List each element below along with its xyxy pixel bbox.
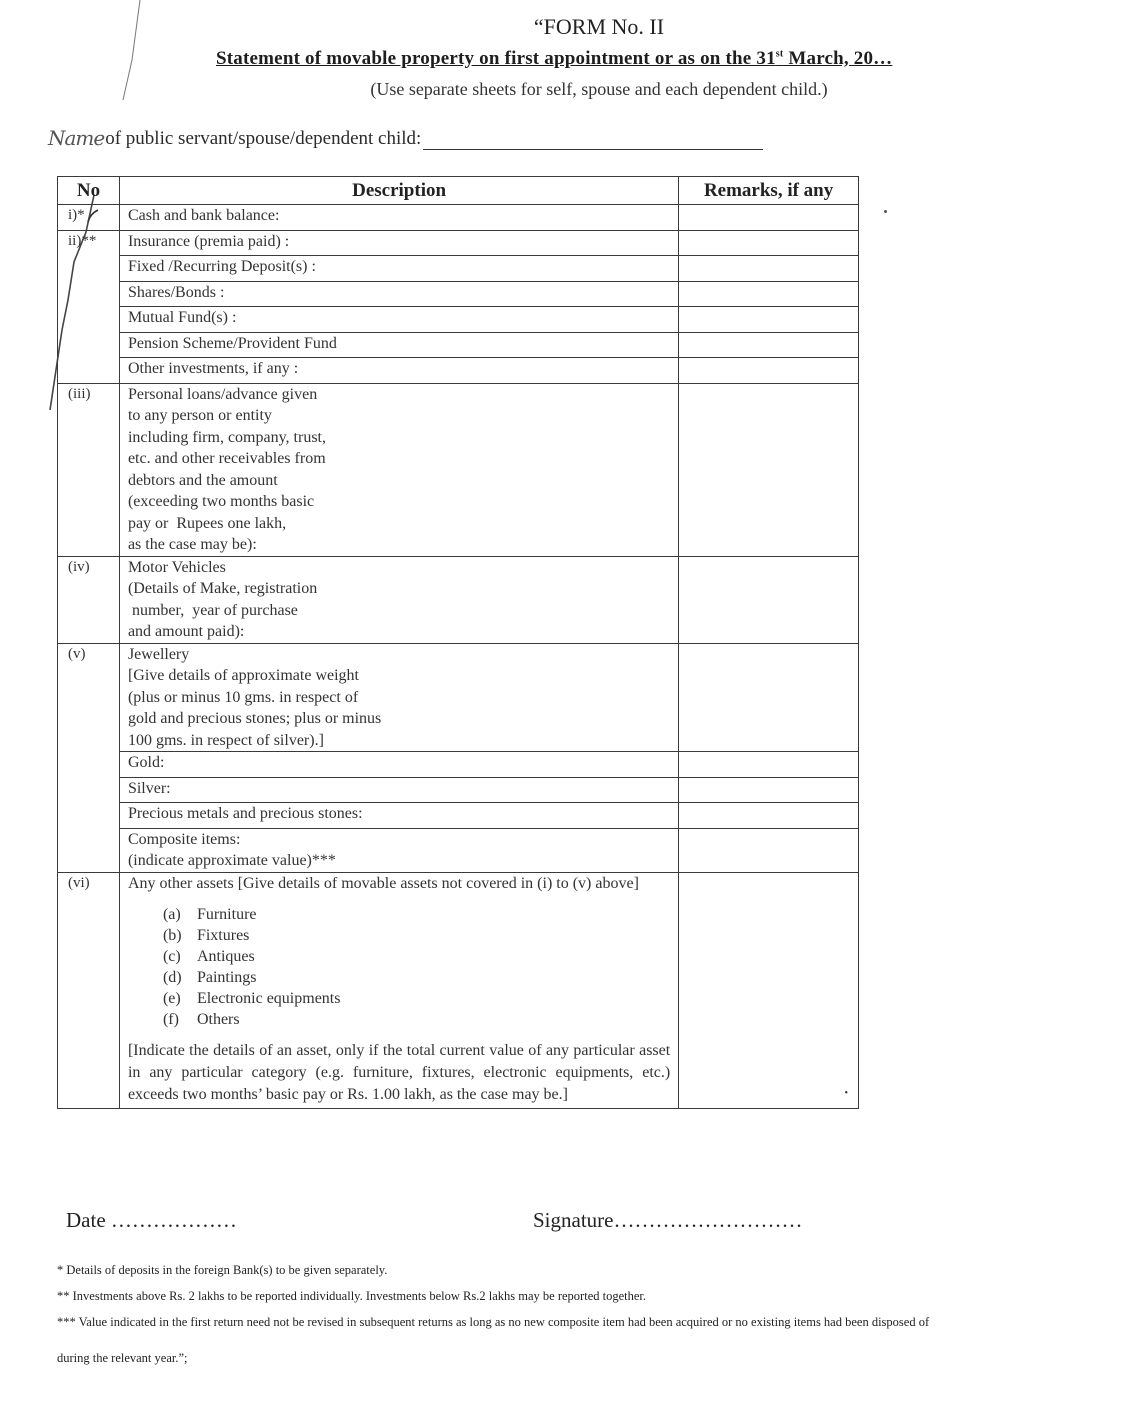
footnote-triple-star-continued: during the relevant year.”;: [57, 1351, 188, 1366]
description-line: Mutual Fund(s) :: [128, 307, 670, 329]
header-description: Description: [119, 177, 678, 205]
other-asset-item: (d)Paintings: [163, 967, 670, 988]
description-line: Gold:: [128, 752, 670, 774]
row-description: Silver:: [119, 777, 678, 803]
table-row: Shares/Bonds :: [58, 281, 859, 307]
description-line: number, year of purchase: [128, 600, 670, 622]
row-number: (iii): [58, 383, 120, 556]
description-line: debtors and the amount: [128, 470, 670, 492]
description-line: pay or Rupees one lakh,: [128, 513, 670, 535]
remarks-cell[interactable]: •: [679, 872, 859, 1109]
footnote-double-star: ** Investments above Rs. 2 lakhs to be r…: [57, 1289, 646, 1304]
movable-property-table: No Description Remarks, if any i)*Cash a…: [57, 176, 859, 1109]
description-line: Silver:: [128, 778, 670, 800]
row-number: (iv): [58, 556, 120, 643]
row-description: Pension Scheme/Provident Fund: [119, 332, 678, 358]
row-description: Personal loans/advance givento any perso…: [119, 383, 678, 556]
row-description: Shares/Bonds :: [119, 281, 678, 307]
remarks-cell[interactable]: [679, 556, 859, 643]
description-line: Insurance (premia paid) :: [128, 231, 670, 253]
item-label: (b): [163, 925, 197, 946]
table-row: Gold:: [58, 752, 859, 778]
remarks-cell[interactable]: [679, 383, 859, 556]
description-line: and amount paid):: [128, 621, 670, 643]
handwritten-name-text: Name: [48, 126, 104, 150]
table-row: Composite items:(indicate approximate va…: [58, 828, 859, 872]
name-field-row: Name of public servant/spouse/dependent …: [48, 126, 763, 150]
remarks-cell[interactable]: [679, 777, 859, 803]
description-line: including firm, company, trust,: [128, 427, 670, 449]
description-line: Motor Vehicles: [128, 557, 670, 579]
other-assets-list: (a)Furniture(b)Fixtures(c)Antiques(d)Pai…: [163, 904, 670, 1030]
item-text: Paintings: [197, 967, 257, 988]
item-label: (d): [163, 967, 197, 988]
row-description: Gold:: [119, 752, 678, 778]
description-line: Shares/Bonds :: [128, 282, 670, 304]
description-line: gold and precious stones; plus or minus: [128, 708, 670, 730]
header-no: No: [58, 177, 120, 205]
table-row: Fixed /Recurring Deposit(s) :: [58, 256, 859, 282]
remarks-cell[interactable]: [679, 230, 859, 256]
table-row: Precious metals and precious stones:: [58, 803, 859, 829]
remarks-cell[interactable]: [679, 281, 859, 307]
subtitle-prefix: Statement of movable property on first a…: [216, 48, 776, 69]
stray-mark: •: [844, 1083, 848, 1105]
table-row: (v)Jewellery[Give details of approximate…: [58, 643, 859, 752]
other-assets-intro: Any other assets [Give details of movabl…: [128, 873, 670, 895]
description-line: Personal loans/advance given: [128, 384, 670, 406]
table-header-row: No Description Remarks, if any: [58, 177, 859, 205]
item-text: Furniture: [197, 904, 257, 925]
description-line: Cash and bank balance:: [128, 205, 670, 227]
row-number: [58, 256, 120, 282]
other-asset-item: (a)Furniture: [163, 904, 670, 925]
form-title: “FORM No. II: [0, 14, 1128, 40]
item-text: Antiques: [197, 946, 255, 967]
item-text: Others: [197, 1009, 240, 1030]
row-number: [58, 281, 120, 307]
table-row: i)*Cash and bank balance:: [58, 205, 859, 231]
remarks-cell[interactable]: [679, 256, 859, 282]
description-line: etc. and other receivables from: [128, 448, 670, 470]
other-asset-item: (b)Fixtures: [163, 925, 670, 946]
table-row-other-assets: (vi) Any other assets [Give details of m…: [58, 872, 859, 1109]
row-description: Cash and bank balance:: [119, 205, 678, 231]
description-line: Composite items:: [128, 829, 670, 851]
table-row: (iii)Personal loans/advance givento any …: [58, 383, 859, 556]
row-description: Precious metals and precious stones:: [119, 803, 678, 829]
table-row: Silver:: [58, 777, 859, 803]
item-label: (f): [163, 1009, 197, 1030]
remarks-cell[interactable]: [679, 803, 859, 829]
item-text: Electronic equipments: [197, 988, 341, 1009]
row-number: i)*: [58, 205, 120, 231]
row-number: [58, 332, 120, 358]
row-description: Fixed /Recurring Deposit(s) :: [119, 256, 678, 282]
description-line: Precious metals and precious stones:: [128, 803, 670, 825]
description-line: as the case may be):: [128, 534, 670, 556]
row-number: ii)**: [58, 230, 120, 256]
remarks-cell[interactable]: [679, 205, 859, 231]
subtitle-suffix: March, 20…: [783, 48, 892, 69]
row-number: [58, 752, 120, 778]
footnote-single-star: * Details of deposits in the foreign Ban…: [57, 1263, 387, 1278]
description-line: to any person or entity: [128, 405, 670, 427]
row-description: Jewellery[Give details of approximate we…: [119, 643, 678, 752]
name-field-blank[interactable]: [423, 129, 763, 150]
row-description: Other investments, if any :: [119, 358, 678, 384]
row-number: (v): [58, 643, 120, 752]
other-asset-item: (f)Others: [163, 1009, 670, 1030]
description-line: Jewellery: [128, 644, 670, 666]
table-row: (iv)Motor Vehicles(Details of Make, regi…: [58, 556, 859, 643]
row-description: Composite items:(indicate approximate va…: [119, 828, 678, 872]
name-field-label: of public servant/spouse/dependent child…: [105, 128, 421, 150]
description-line: Pension Scheme/Provident Fund: [128, 333, 670, 355]
row-number: [58, 358, 120, 384]
table-row: ii)**Insurance (premia paid) :: [58, 230, 859, 256]
signature-field[interactable]: Signature………………………: [533, 1208, 802, 1233]
footnote-triple-star: *** Value indicated in the first return …: [57, 1315, 929, 1330]
table-row: Mutual Fund(s) :: [58, 307, 859, 333]
date-field[interactable]: Date ………………: [66, 1208, 237, 1233]
row-number: [58, 777, 120, 803]
description-line: (exceeding two months basic: [128, 491, 670, 513]
description-line: Fixed /Recurring Deposit(s) :: [128, 256, 670, 278]
description-line: 100 gms. in respect of silver).]: [128, 730, 670, 752]
row-number: [58, 828, 120, 872]
row-number: [58, 307, 120, 333]
row-number: (vi): [58, 872, 120, 1109]
form-instruction-note: (Use separate sheets for self, spouse an…: [0, 79, 1128, 100]
header-remarks: Remarks, if any: [679, 177, 859, 205]
remarks-cell[interactable]: [679, 828, 859, 872]
description-line: Other investments, if any :: [128, 358, 670, 380]
other-asset-item: (c)Antiques: [163, 946, 670, 967]
description-line: (plus or minus 10 gms. in respect of: [128, 687, 670, 709]
remarks-cell[interactable]: [679, 332, 859, 358]
item-label: (a): [163, 904, 197, 925]
table-body: i)*Cash and bank balance:ii)**Insurance …: [58, 205, 859, 873]
description-line: (indicate approximate value)***: [128, 850, 670, 872]
row-description: Motor Vehicles(Details of Make, registra…: [119, 556, 678, 643]
item-label: (e): [163, 988, 197, 1009]
description-line: (Details of Make, registration: [128, 578, 670, 600]
item-text: Fixtures: [197, 925, 249, 946]
row-description: Any other assets [Give details of movabl…: [119, 872, 678, 1109]
remarks-cell[interactable]: [679, 358, 859, 384]
remarks-cell[interactable]: [679, 752, 859, 778]
row-description: Insurance (premia paid) :: [119, 230, 678, 256]
item-label: (c): [163, 946, 197, 967]
description-line: [Give details of approximate weight: [128, 665, 670, 687]
remarks-cell[interactable]: [679, 307, 859, 333]
form-subtitle: Statement of movable property on first a…: [216, 48, 892, 70]
other-asset-item: (e)Electronic equipments: [163, 988, 670, 1009]
remarks-cell[interactable]: [679, 643, 859, 752]
other-assets-note: [Indicate the details of an asset, only …: [128, 1040, 670, 1106]
row-number: [58, 803, 120, 829]
table-row: Other investments, if any :: [58, 358, 859, 384]
table-row: Pension Scheme/Provident Fund: [58, 332, 859, 358]
stray-dot-mark: [884, 210, 887, 213]
row-description: Mutual Fund(s) :: [119, 307, 678, 333]
